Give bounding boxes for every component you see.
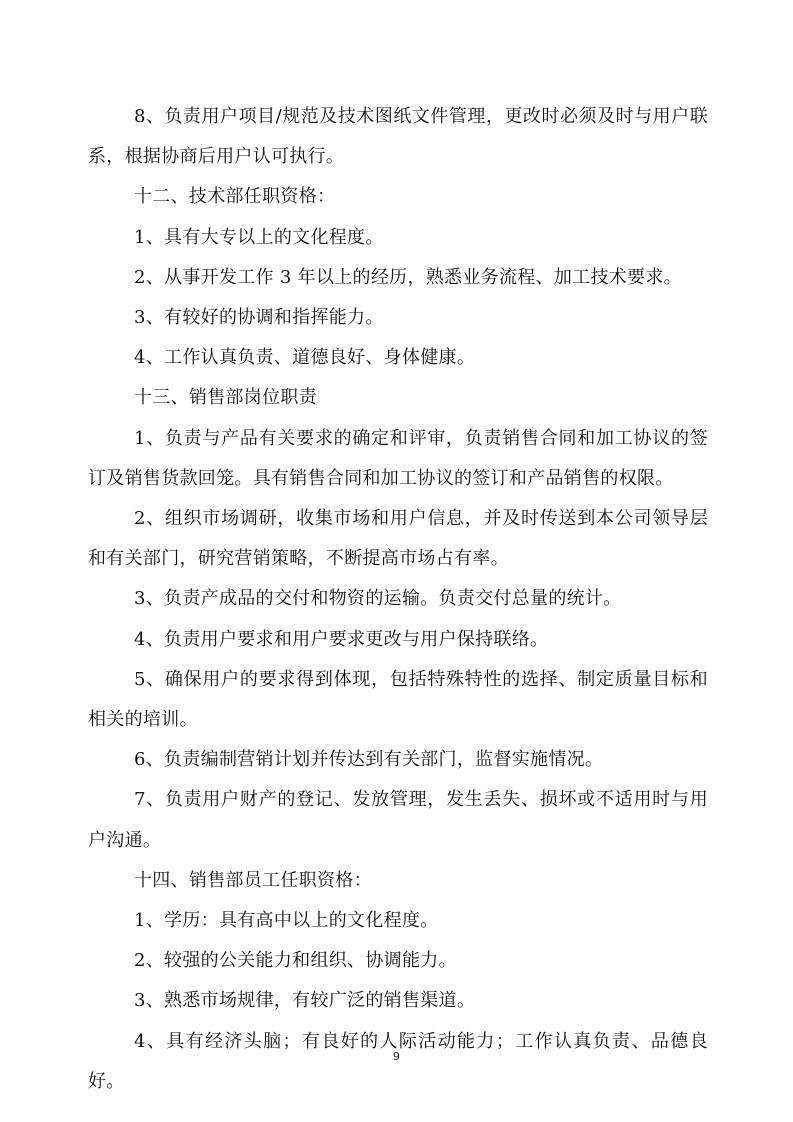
paragraph-sales-duty-7: 7、负责用户财产的登记、发放管理，发生丢失、损坏或不适用时与用户沟通。 (88, 780, 708, 860)
paragraph-sales-qual-2: 2、较强的公关能力和组织、协调能力。 (88, 941, 708, 981)
paragraph-tech-qual-2: 2、从事开发工作 3 年以上的经历，熟悉业务流程、加工技术要求。 (88, 258, 708, 298)
paragraph-sales-qual-1: 1、学历：具有高中以上的文化程度。 (88, 901, 708, 941)
paragraph-sales-duty-4: 4、负责用户要求和用户要求更改与用户保持联络。 (88, 620, 708, 660)
paragraph-tech-qual-3: 3、有较好的协调和指挥能力。 (88, 298, 708, 338)
section-heading-sales-qualifications: 十四、销售部员工任职资格： (88, 861, 708, 901)
paragraph-sales-duty-5: 5、确保用户的要求得到体现，包括特殊特性的选择、制定质量目标和相关的培训。 (88, 660, 708, 740)
paragraph-sales-duty-3: 3、负责产成品的交付和物资的运输。负责交付总量的统计。 (88, 579, 708, 619)
section-heading-sales-duties: 十三、销售部岗位职责 (88, 378, 708, 418)
paragraph-tech-qual-1: 1、具有大专以上的文化程度。 (88, 218, 708, 258)
page-number: 9 (0, 1050, 793, 1063)
paragraph-item-8-file-management: 8、负责用户项目/规范及技术图纸文件管理，更改时必须及时与用户联系，根据协商后用… (88, 97, 708, 177)
paragraph-sales-duty-6: 6、负责编制营销计划并传达到有关部门，监督实施情况。 (88, 740, 708, 780)
paragraph-sales-duty-2: 2、组织市场调研，收集市场和用户信息，并及时传送到本公司领导层和有关部门，研究营… (88, 499, 708, 579)
paragraph-sales-duty-1: 1、负责与产品有关要求的确定和评审，负责销售合同和加工协议的签订及销售货款回笼。… (88, 419, 708, 499)
paragraph-sales-qual-3: 3、熟悉市场规律，有较广泛的销售渠道。 (88, 981, 708, 1021)
paragraph-tech-qual-4: 4、工作认真负责、道德良好、身体健康。 (88, 338, 708, 378)
document-page: 8、负责用户项目/规范及技术图纸文件管理，更改时必须及时与用户联系，根据协商后用… (88, 97, 708, 1102)
section-heading-tech-qualifications: 十二、技术部任职资格： (88, 177, 708, 217)
